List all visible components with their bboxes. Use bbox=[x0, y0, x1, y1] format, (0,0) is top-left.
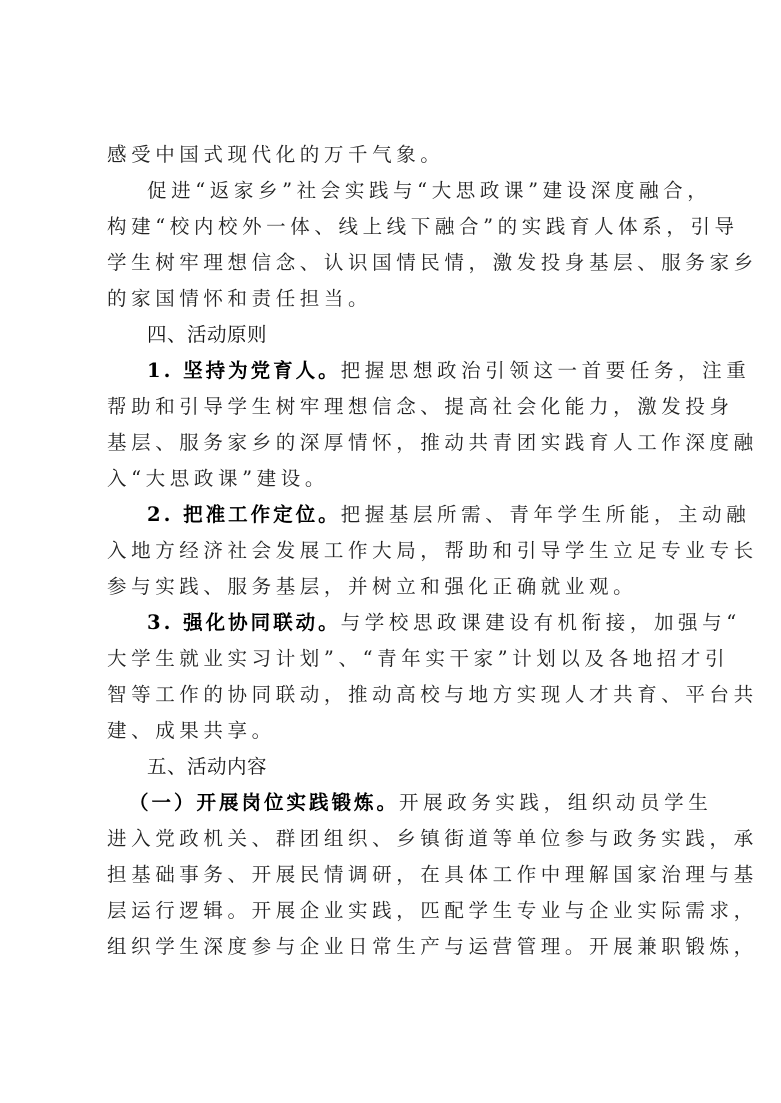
principle-first-line: 1. 坚持为党育人。把握思想政治引领这一首要任务，注重 bbox=[107, 353, 687, 389]
paragraph-line: 感受中国式现代化的万千气象。 bbox=[107, 137, 687, 173]
paragraph-line: 基层、服务家乡的深厚情怀，推动共青团实践育人工作深度融 bbox=[107, 425, 687, 461]
principle-lead: 3. 强化协同联动。 bbox=[147, 611, 341, 634]
document-page: 感受中国式现代化的万千气象。 促进“返家乡”社会实践与“大思政课”建设深度融合，… bbox=[107, 137, 687, 965]
paragraph-line: 担基础事务、开展民情调研，在具体工作中理解国家治理与基 bbox=[107, 857, 687, 893]
principle-lead: 1. 坚持为党育人。 bbox=[147, 359, 341, 382]
section-heading: 五、活动内容 bbox=[107, 749, 687, 785]
paragraph-line: 的家国情怀和责任担当。 bbox=[107, 281, 687, 317]
paragraph-line: 入“大思政课”建设。 bbox=[107, 461, 687, 497]
paragraph-line: 层运行逻辑。开展企业实践，匹配学生专业与企业实际需求， bbox=[107, 893, 687, 929]
principle-text: 把握思想政治引领这一首要任务，注重 bbox=[341, 359, 751, 382]
paragraph-line: 进入党政机关、群团组织、乡镇街道等单位参与政务实践，承 bbox=[107, 821, 687, 857]
content-item-lead: （一）开展岗位实践锻炼。 bbox=[129, 791, 399, 814]
principle-first-line: 2. 把准工作定位。把握基层所需、青年学生所能，主动融 bbox=[107, 497, 687, 533]
principle-text: 与学校思政课建设有机衔接，加强与“ bbox=[341, 611, 741, 634]
principle-text: 把握基层所需、青年学生所能，主动融 bbox=[341, 503, 751, 526]
principle-first-line: 3. 强化协同联动。与学校思政课建设有机衔接，加强与“ bbox=[107, 605, 687, 641]
paragraph-line: 学生树牢理想信念、认识国情民情，激发投身基层、服务家乡 bbox=[107, 245, 687, 281]
paragraph-line: 参与实践、服务基层，并树立和强化正确就业观。 bbox=[107, 569, 687, 605]
section-heading: 四、活动原则 bbox=[107, 317, 687, 353]
paragraph-line: 组织学生深度参与企业日常生产与运营管理。开展兼职锻炼， bbox=[107, 929, 687, 965]
paragraph-line: 大学生就业实习计划”、“青年实干家”计划以及各地招才引 bbox=[107, 641, 687, 677]
paragraph-line: 帮助和引导学生树牢理想信念、提高社会化能力，激发投身 bbox=[107, 389, 687, 425]
paragraph-line: 构建“校内校外一体、线上线下融合”的实践育人体系，引导 bbox=[107, 209, 687, 245]
content-item-text: 开展政务实践，组织动员学生 bbox=[399, 791, 712, 814]
paragraph-line: 建、成果共享。 bbox=[107, 713, 687, 749]
paragraph-line: 入地方经济社会发展工作大局，帮助和引导学生立足专业专长 bbox=[107, 533, 687, 569]
paragraph-line: 智等工作的协同联动，推动高校与地方实现人才共育、平台共 bbox=[107, 677, 687, 713]
principle-lead: 2. 把准工作定位。 bbox=[147, 503, 341, 526]
content-item-first-line: （一）开展岗位实践锻炼。开展政务实践，组织动员学生 bbox=[107, 785, 687, 821]
paragraph-line: 促进“返家乡”社会实践与“大思政课”建设深度融合， bbox=[107, 173, 687, 209]
